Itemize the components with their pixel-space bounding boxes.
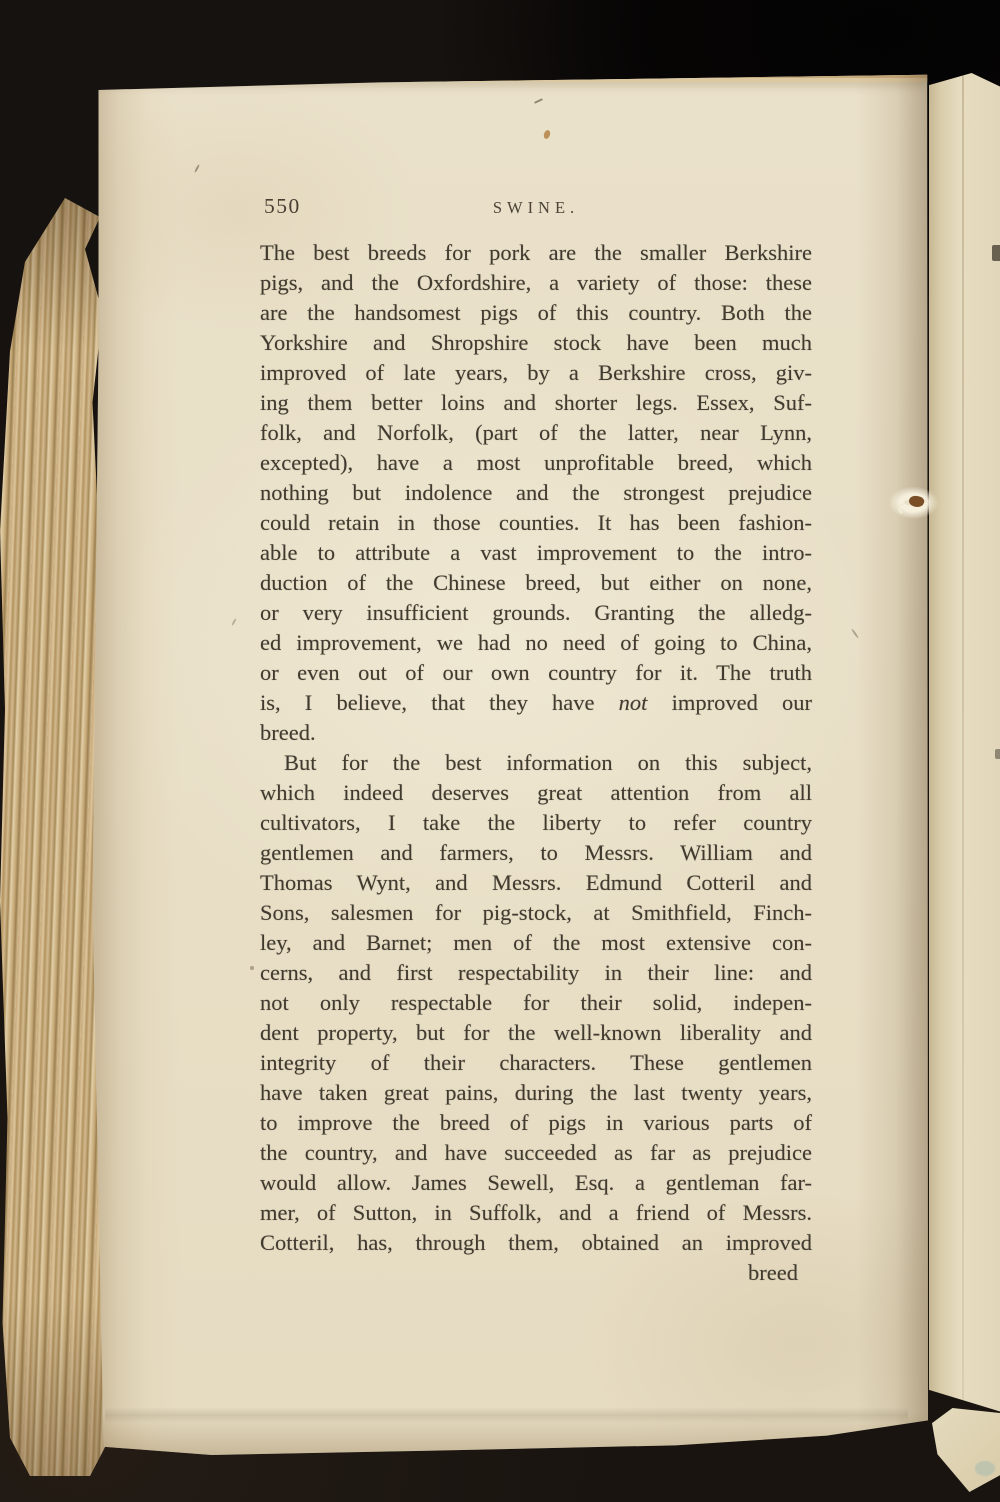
page-number: 550 (264, 194, 301, 219)
text-line: cerns, and first respectability in their… (260, 958, 812, 988)
text-line: nothing but indolence and the strongest … (260, 478, 812, 508)
text-line: the country, and have succeeded as far a… (260, 1138, 812, 1168)
text-line: are the handsomest pigs of this country.… (260, 298, 812, 328)
paper-speck (250, 966, 254, 970)
facing-page-corner (932, 1408, 1000, 1492)
text-line: improved of late years, by a Berkshire c… (260, 358, 812, 388)
text-line: But for the best information on this sub… (260, 748, 812, 778)
text-line: Cotteril, has, through them, obtained an… (260, 1228, 812, 1258)
text-line: or very insufficient grounds. Granting t… (260, 598, 812, 628)
text-line: The best breeds for pork are the smaller… (260, 238, 812, 268)
text-line: Thomas Wynt, and Messrs. Edmund Cotteril… (260, 868, 812, 898)
text-line: gentlemen and farmers, to Messrs. Willia… (260, 838, 812, 868)
text-line: ing them better loins and shorter legs. … (260, 388, 812, 418)
text-line: breed. (260, 718, 812, 748)
facing-page-crease (962, 73, 964, 1425)
text-line: would allow. James Sewell, Esq. a gentle… (260, 1168, 812, 1198)
text-line: pigs, and the Oxfordshire, a variety of … (260, 268, 812, 298)
text-line: could retain in those counties. It has b… (260, 508, 812, 538)
book-photo: 550 SWINE. The best breeds for pork are … (0, 0, 1000, 1502)
facing-page-text-fragment (995, 749, 1000, 759)
text-line: Yorkshire and Shropshire stock have been… (260, 328, 812, 358)
text-line: cultivators, I take the liberty to refer… (260, 808, 812, 838)
text-line: ed improvement, we had no need of going … (260, 628, 812, 658)
text-line: have taken great pains, during the last … (260, 1078, 812, 1108)
page-header: 550 SWINE. (260, 194, 812, 220)
paper-speck (543, 129, 552, 140)
text-line: ley, and Barnet; men of the most extensi… (260, 928, 812, 958)
text-line: duction of the Chinese breed, but either… (260, 568, 812, 598)
text-line: which indeed deserves great attention fr… (260, 778, 812, 808)
text-line: integrity of their characters. These gen… (260, 1048, 812, 1078)
facing-page-sliver (929, 73, 1000, 1425)
running-head: SWINE. (260, 194, 812, 218)
text-line: able to attribute a vast improvement to … (260, 538, 812, 568)
text-line: excepted), have a most unprofitable bree… (260, 448, 812, 478)
text-line: to improve the breed of pigs in various … (260, 1108, 812, 1138)
paper-speck (534, 98, 543, 104)
text-line: dent property, but for the well-known li… (260, 1018, 812, 1048)
paper-speck (231, 618, 237, 626)
page-top-edge (85, 72, 928, 82)
catchword: breed (748, 1260, 798, 1285)
text-line: is, I believe, that they have not improv… (260, 688, 812, 718)
book-page: 550 SWINE. The best breeds for pork are … (85, 72, 928, 1455)
text-line: not only respectable for their solid, in… (260, 988, 812, 1018)
text-line: or even out of our own country for it. T… (260, 658, 812, 688)
wormhole-tear (890, 484, 942, 520)
facing-page-text-fragment (992, 245, 1000, 261)
catchword-row: breed (260, 1260, 812, 1286)
text-line: folk, and Norfolk, (part of the latter, … (260, 418, 812, 448)
text-line: mer, of Sutton, in Suffolk, and a friend… (260, 1198, 812, 1228)
paper-speck (194, 164, 200, 173)
gutter-shadow (856, 72, 928, 1455)
text-line: Sons, salesmen for pig-stock, at Smithfi… (260, 898, 812, 928)
body-text: The best breeds for pork are the smaller… (260, 238, 812, 1258)
page-crease (105, 1407, 908, 1423)
